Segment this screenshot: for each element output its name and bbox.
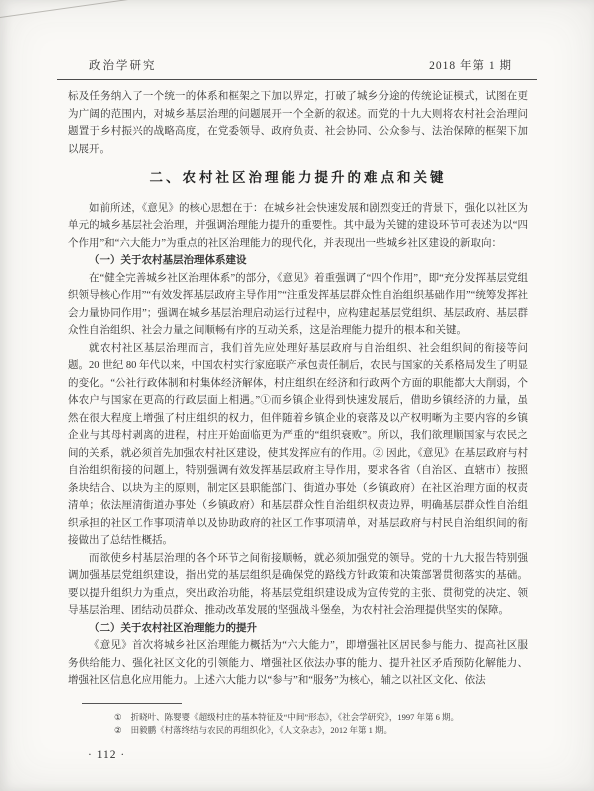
body-paragraph: 如前所述，《意见》的核心思想在于：在城乡社会快速发展和剧烈变迁的背景下，强化以社… <box>68 200 528 253</box>
body-paragraph-continuation: 标及任务纳入了一个统一的体系和框架之下加以界定，打破了城乡分途的传统论证模式，试… <box>68 88 528 158</box>
footnote-divider <box>82 703 182 704</box>
footnote-item: ① 折晓叶、陈婴婴《超级村庄的基本特征及“中间”形态》，《社会学研究》，1997… <box>114 711 528 725</box>
footnote-text: 田毅鹏《村落终结与农民的再组织化》，《人文杂志》，2012 年第 1 期。 <box>131 724 528 738</box>
section-heading: 二、农村社区治理能力提升的难点和关键 <box>68 169 528 187</box>
subsection-heading-1: （一）关于农村基层治理体系建设 <box>68 252 528 270</box>
header-rule <box>57 79 537 80</box>
subsection-heading-2: （二）关于农村社区治理能力的提升 <box>68 620 528 638</box>
scan-corner-artifact <box>0 0 131 20</box>
footnote-text: 折晓叶、陈婴婴《超级村庄的基本特征及“中间”形态》，《社会学研究》，1997 年… <box>131 711 528 725</box>
body-paragraph: 就农村社区基层治理而言，我们首先应处理好基层政府与自治组织、社会组织间的衔接等问… <box>68 340 528 550</box>
article-body: 标及任务纳入了一个统一的体系和框架之下加以界定，打破了城乡分途的传统论证模式，试… <box>68 88 528 764</box>
footnotes: ① 折晓叶、陈婴婴《超级村庄的基本特征及“中间”形态》，《社会学研究》，1997… <box>68 711 528 738</box>
journal-page: 政治学研究 2018 年第 1 期 标及任务纳入了一个统一的体系和框架之下加以界… <box>0 0 594 791</box>
footnote-marker: ① <box>114 711 122 725</box>
issue-label: 2018 年第 1 期 <box>429 57 512 73</box>
body-paragraph: 《意见》首次将城乡社区治理能力概括为“六大能力”，即增强社区居民参与能力、提高社… <box>68 637 528 690</box>
footnote-marker: ② <box>114 724 122 738</box>
page-number: · 112 · <box>88 747 528 765</box>
page-header: 政治学研究 2018 年第 1 期 <box>68 57 528 73</box>
body-paragraph: 而欲使乡村基层治理的各个环节之间衔接顺畅，就必须加强党的领导。党的十九大报告特别… <box>68 550 528 620</box>
footnote-item: ② 田毅鹏《村落终结与农民的再组织化》，《人文杂志》，2012 年第 1 期。 <box>114 724 528 738</box>
body-paragraph: 在“健全完善城乡社区治理体系”的部分，《意见》着重强调了“四个作用”，即“充分发… <box>68 270 528 340</box>
journal-title: 政治学研究 <box>89 57 157 73</box>
